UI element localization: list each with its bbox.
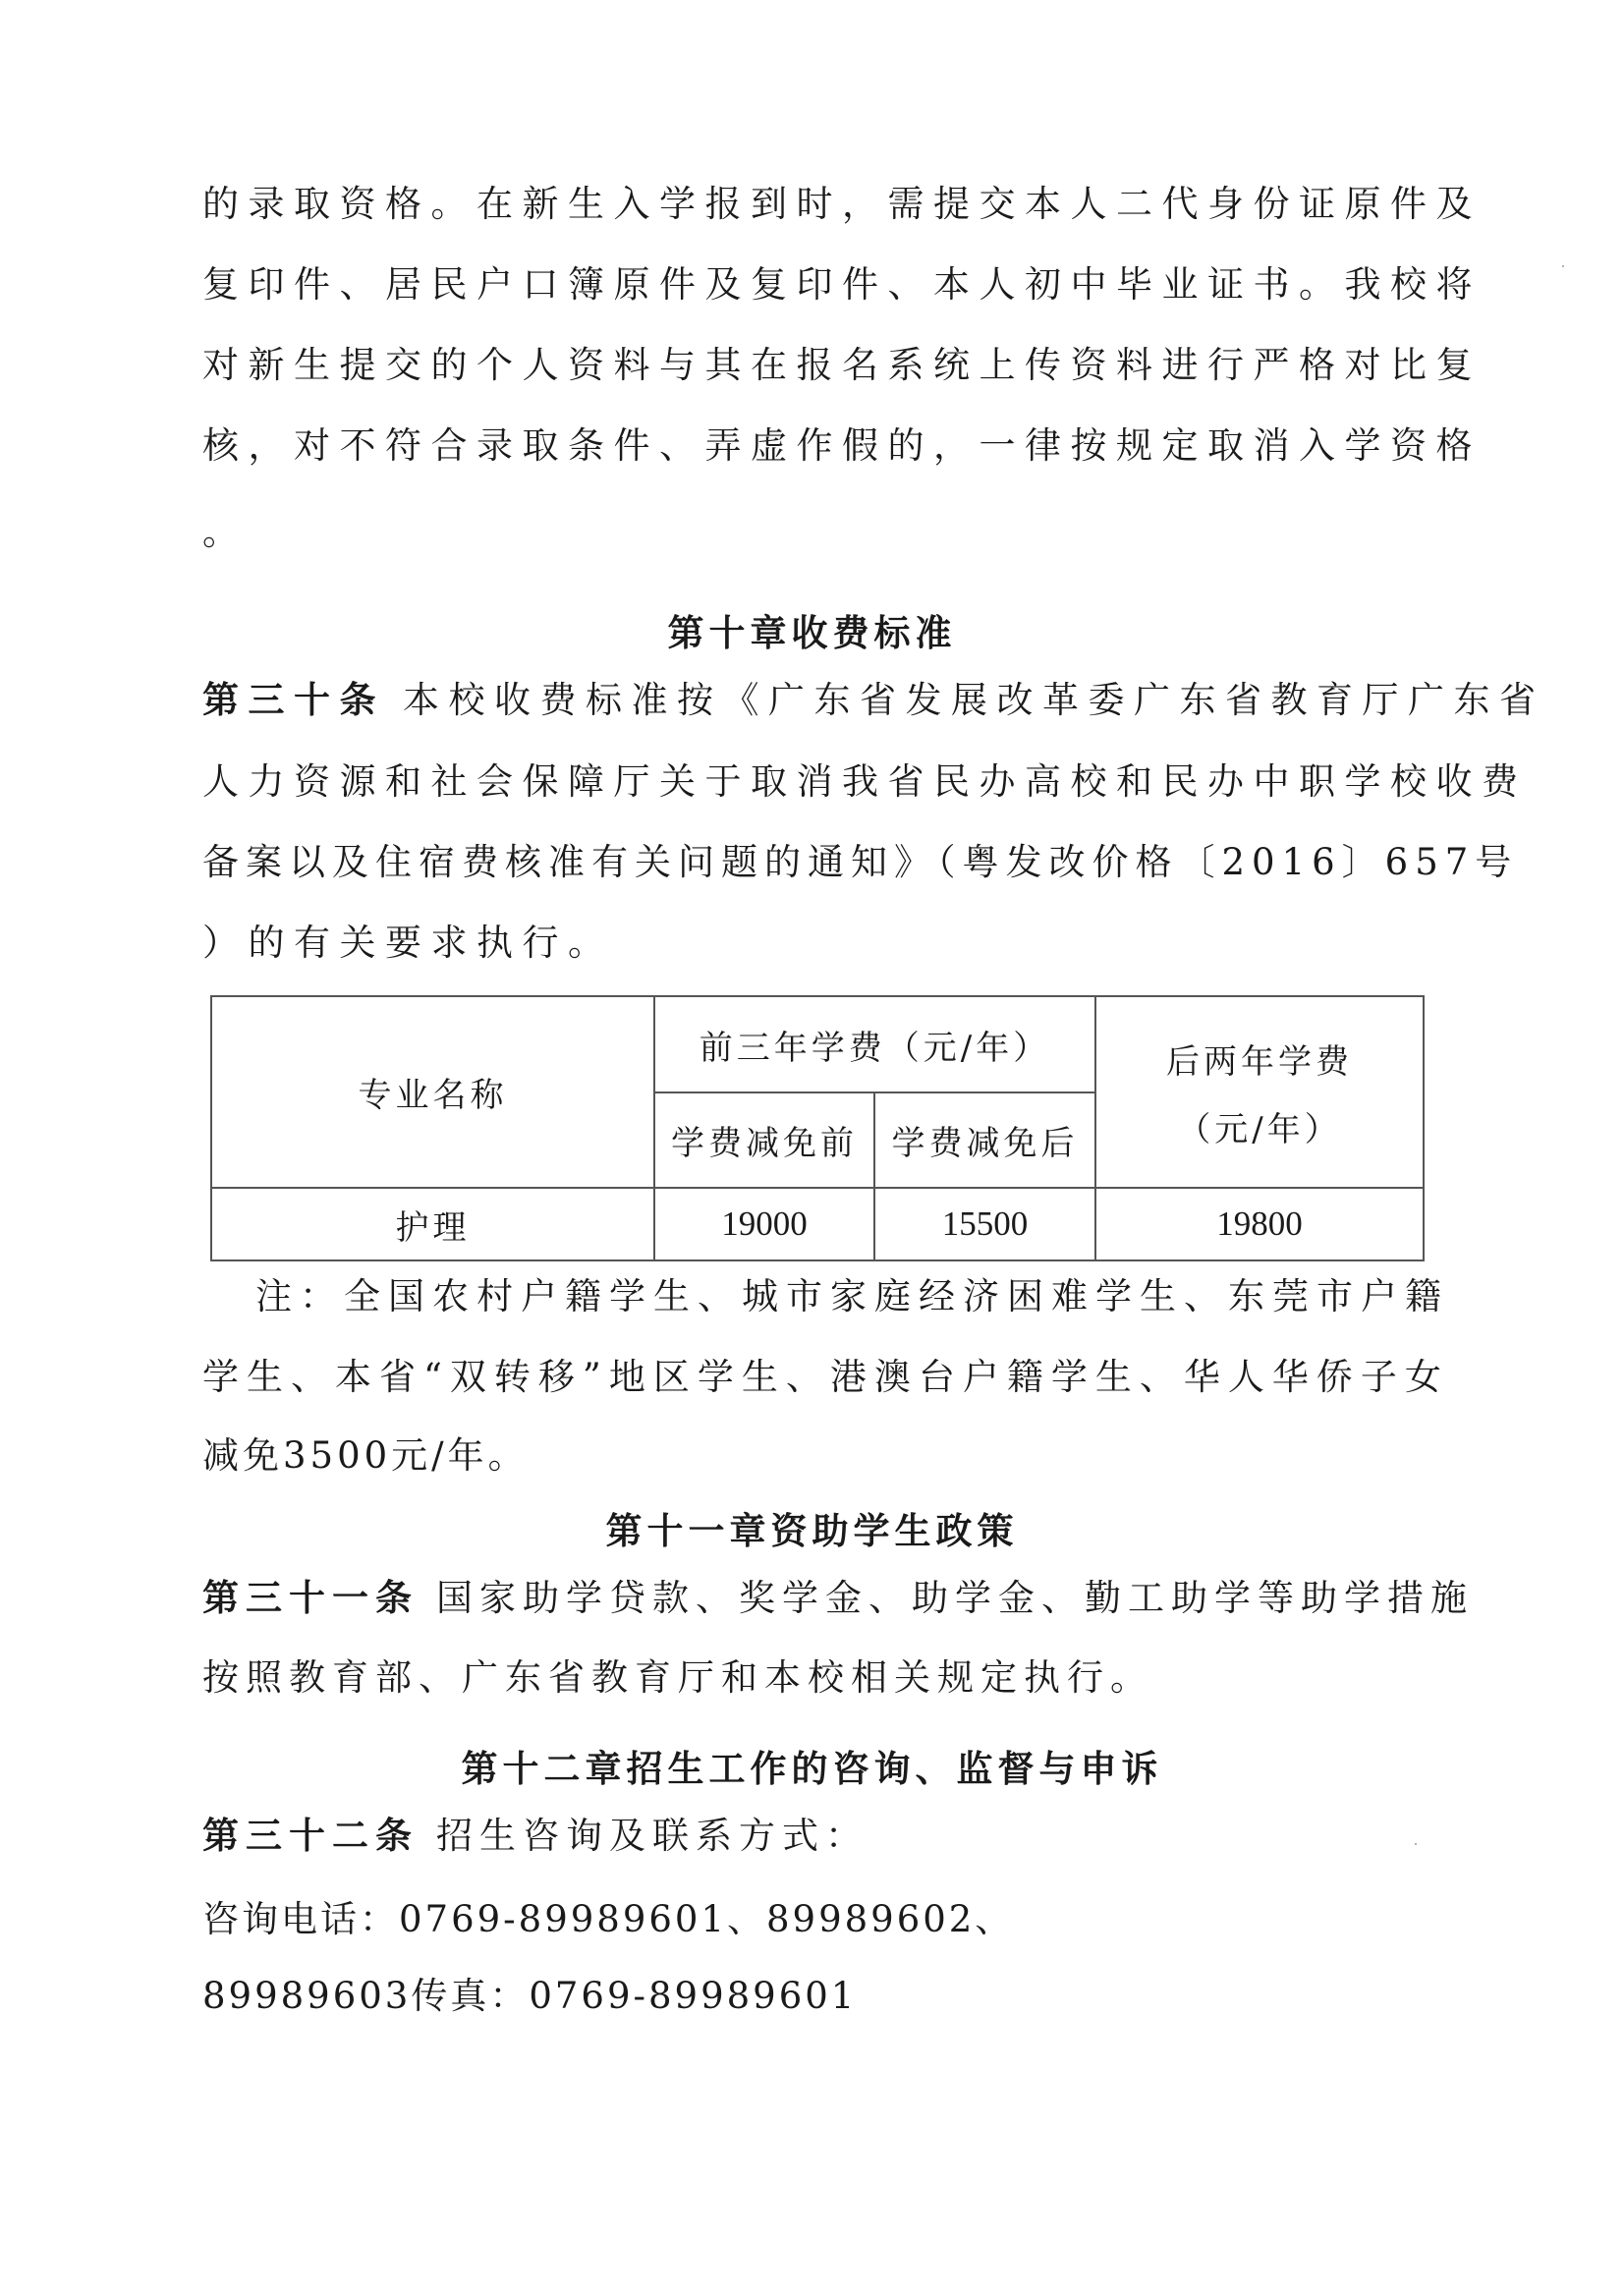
chapter-11-title: 第十一章资助学生政策 xyxy=(0,1509,1624,1552)
cell-major: 护理 xyxy=(211,1188,654,1260)
paragraph-line: 对新生提交的个人资料与其在报名系统上传资料进行严格对比复 xyxy=(202,344,1430,387)
cell-after-reduction: 15500 xyxy=(874,1188,1095,1260)
article-31-text: 国家助学贷款、奖学金、助学金、勤工助学等助学措施 xyxy=(436,1577,1474,1619)
note-line: 学生、本省“双转移”地区学生、港澳台户籍学生、华人华侨子女 xyxy=(202,1356,1430,1399)
article-30-line: 第三十条本校收费标准按《广东省发展改革委广东省教育厅广东省 xyxy=(202,678,1430,722)
header-last-two-years-line1: 后两年学费 xyxy=(1096,1035,1423,1083)
contact-line: 咨询电话：0769-89989601、89989602、 xyxy=(202,1898,1430,1941)
article-31-line: 按照教育部、广东省教育厅和本校相关规定执行。 xyxy=(202,1656,1430,1700)
article-30-line: ）的有关要求执行。 xyxy=(202,922,1430,965)
header-first-three-years: 前三年学费（元/年） xyxy=(654,996,1095,1092)
article-30-text: 本校收费标准按《广东省发展改革委广东省教育厅广东省 xyxy=(403,679,1545,721)
article-30-line: 人力资源和社会保障厅关于取消我省民办高校和民办中职学校收费 xyxy=(202,760,1430,804)
chapter-10-title: 第十章收费标准 xyxy=(0,611,1624,654)
header-before-reduction: 学费减免前 xyxy=(654,1092,874,1188)
note-line: 减免3500元/年。 xyxy=(202,1434,1430,1478)
header-major: 专业名称 xyxy=(211,996,654,1188)
cell-last-two-years: 19800 xyxy=(1095,1188,1424,1260)
article-32-text: 招生咨询及联系方式： xyxy=(436,1815,868,1857)
scan-speck xyxy=(1562,265,1564,267)
contact-line: 89989603传真：0769-89989601 xyxy=(202,1975,1430,2018)
table-row: 护理 19000 15500 19800 xyxy=(211,1188,1424,1260)
header-last-two-years: 后两年学费 （元/年） xyxy=(1095,996,1424,1188)
article-30-label: 第三十条 xyxy=(202,678,385,721)
article-31-label: 第三十一条 xyxy=(202,1576,419,1619)
cell-before-reduction: 19000 xyxy=(654,1188,874,1260)
paragraph-line: 。 xyxy=(202,511,1430,554)
article-30-line: 备案以及住宿费核准有关问题的通知》（粤发改价格〔2016〕657号 xyxy=(202,841,1430,884)
header-last-two-years-line2: （元/年） xyxy=(1096,1102,1423,1150)
chapter-12-title: 第十二章招生工作的咨询、监督与申诉 xyxy=(0,1747,1624,1790)
document-page: 的录取资格。在新生入学报到时，需提交本人二代身份证原件及 复印件、居民户口簿原件… xyxy=(0,0,1624,2295)
note-line: 注：全国农村户籍学生、城市家庭经济困难学生、东莞市户籍 xyxy=(255,1275,1434,1318)
article-32-line: 第三十二条招生咨询及联系方式： xyxy=(202,1814,1430,1858)
paragraph-line: 复印件、居民户口簿原件及复印件、本人初中毕业证书。我校将 xyxy=(202,263,1430,307)
paragraph-line: 核，对不符合录取条件、弄虚作假的，一律按规定取消入学资格 xyxy=(202,424,1430,468)
paragraph-line: 的录取资格。在新生入学报到时，需提交本人二代身份证原件及 xyxy=(202,183,1430,226)
scan-speck xyxy=(1415,1843,1417,1845)
fee-table: 专业名称 前三年学费（元/年） 后两年学费 （元/年） 学费减免前 学费减免后 … xyxy=(210,995,1425,1261)
article-31-line: 第三十一条国家助学贷款、奖学金、助学金、勤工助学等助学措施 xyxy=(202,1576,1430,1620)
article-32-label: 第三十二条 xyxy=(202,1814,419,1857)
header-after-reduction: 学费减免后 xyxy=(874,1092,1095,1188)
